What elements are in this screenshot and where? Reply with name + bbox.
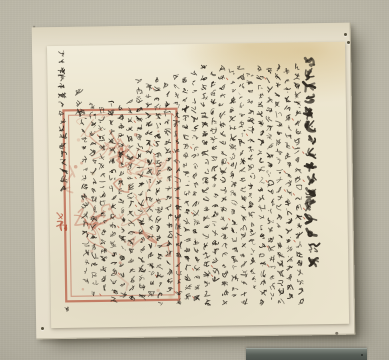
manuscript-column-body: [74, 105, 96, 291]
document-paper: [47, 42, 349, 328]
plaque-emblem-icon: [250, 352, 262, 360]
manuscript-column-corner-mark: [59, 303, 75, 315]
mounting-pin: [344, 33, 347, 36]
mounting-pin: [347, 41, 350, 44]
board-speck: [335, 332, 338, 335]
photo-stage: [0, 0, 389, 360]
plaque-screw: [361, 354, 363, 356]
mounting-pin: [41, 327, 44, 330]
manuscript-column-red-annotation: [47, 204, 76, 239]
mount-board: [32, 23, 356, 340]
manuscript-column-side-note: [68, 84, 90, 122]
label-plaque: [246, 348, 367, 360]
